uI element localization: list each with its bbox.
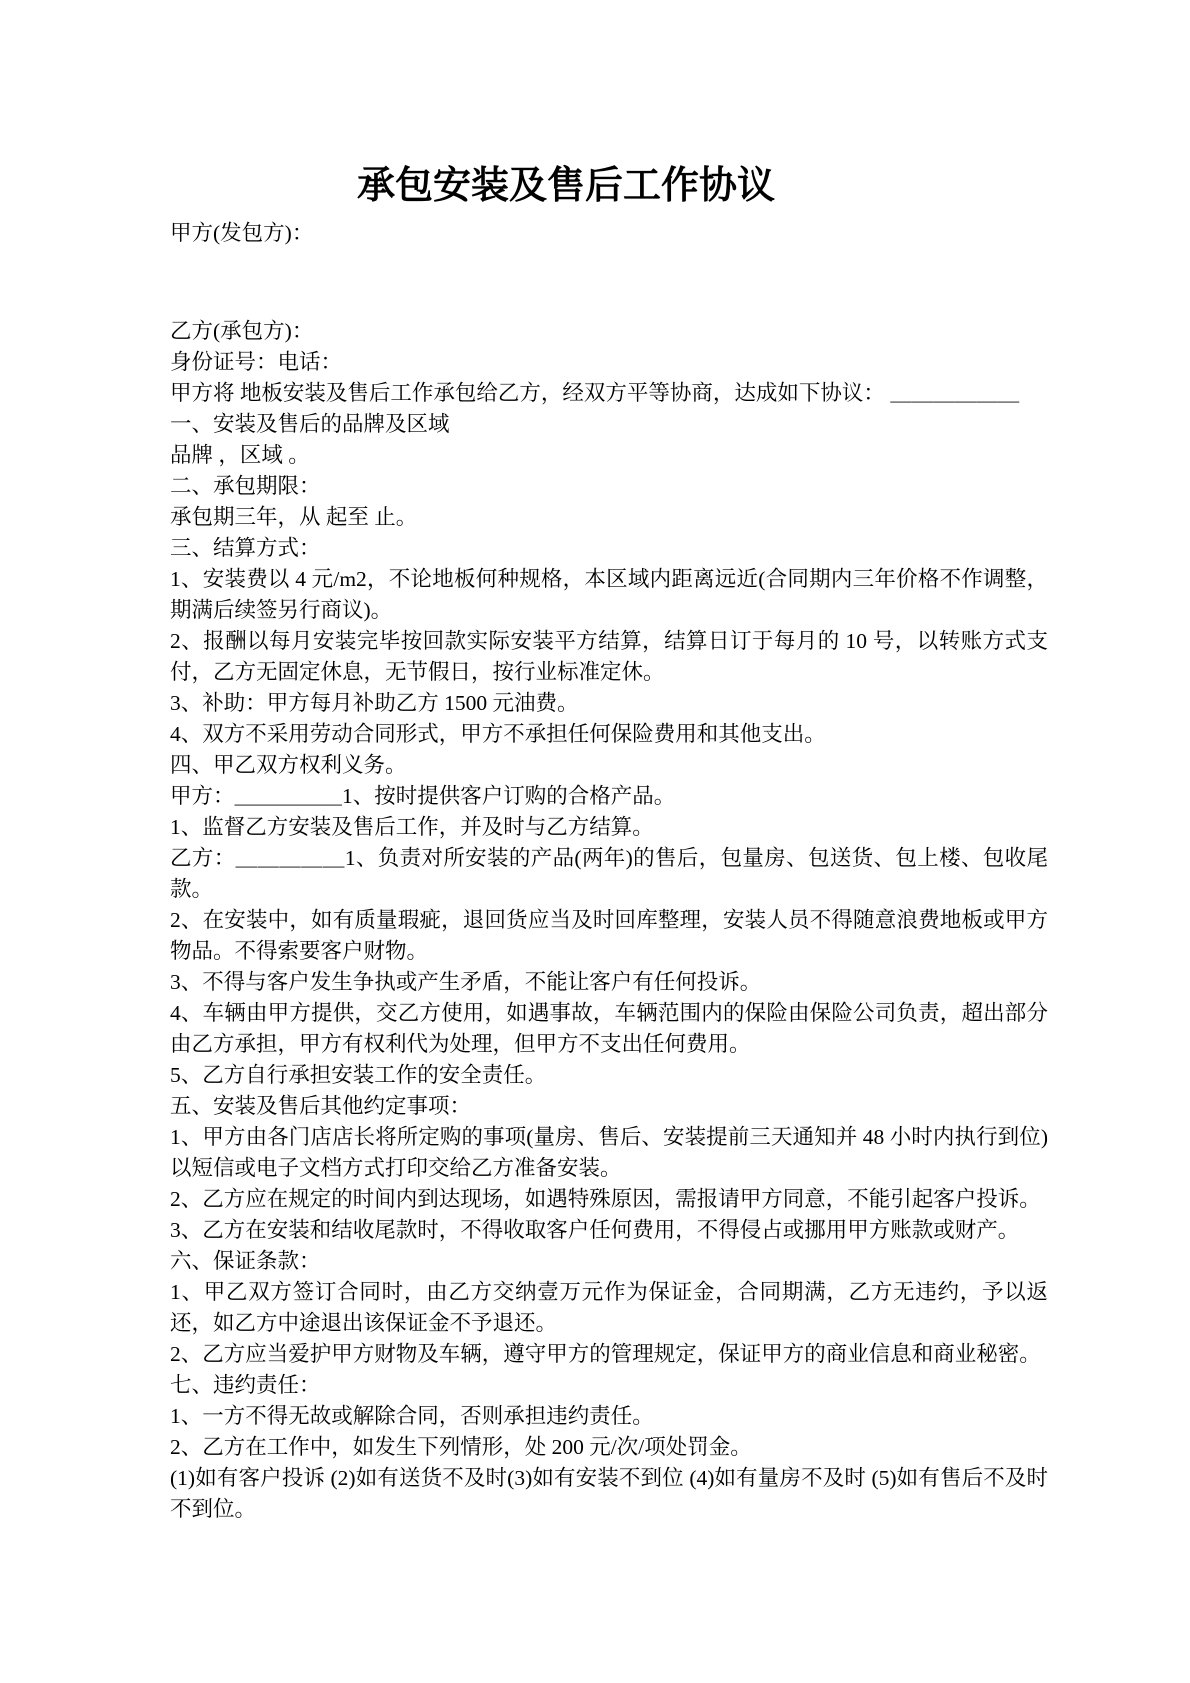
brand-region-line: 品牌 ，区域 。: [170, 440, 1048, 471]
party-b-line: 乙方(承包方)：: [170, 316, 1048, 347]
clause-7-2: 2、乙方在工作中，如发生下列情形，处 200 元/次/项处罚金。: [170, 1432, 1048, 1463]
clause-5-3: 3、乙方在安装和结收尾款时，不得收取客户任何费用，不得侵占或挪用甲方账款或财产。: [170, 1215, 1048, 1246]
party-a-line: 甲方(发包方)：: [170, 218, 1048, 249]
id-phone-line: 身份证号：电话：: [170, 347, 1048, 378]
clause-3-3: 3、补助：甲方每月补助乙方 1500 元油费。: [170, 688, 1048, 719]
party-a-obligation-2: 1、监督乙方安装及售后工作，并及时与乙方结算。: [170, 812, 1048, 843]
document-title: 承包安装及售后工作协议: [170, 160, 1048, 212]
section-3-heading: 三、结算方式：: [170, 533, 1048, 564]
section-7-heading: 七、违约责任：: [170, 1370, 1048, 1401]
party-b-obligation-5: 5、乙方自行承担安装工作的安全责任。: [170, 1060, 1048, 1091]
document-content: 承包安装及售后工作协议 甲方(发包方)： 乙方(承包方)： 身份证号：电话： 甲…: [170, 0, 1048, 1525]
clause-3-1: 1、安装费以 4 元/m2，不论地板何种规格，本区域内距离远近(合同期内三年价格…: [170, 564, 1048, 626]
clause-5-2: 2、乙方应在规定的时间内到达现场，如遇特殊原因，需报请甲方同意，不能引起客户投诉…: [170, 1184, 1048, 1215]
party-b-obligation-2: 2、在安装中，如有质量瑕疵，退回货应当及时回库整理，安装人员不得随意浪费地板或甲…: [170, 905, 1048, 967]
section-4-heading: 四、甲乙双方权利义务。: [170, 750, 1048, 781]
preamble-line: 甲方将 地板安装及售后工作承包给乙方，经双方平等协商，达成如下协议： ＿＿＿＿＿…: [170, 378, 1048, 409]
section-6-heading: 六、保证条款：: [170, 1246, 1048, 1277]
contract-term-line: 承包期三年，从 起至 止。: [170, 502, 1048, 533]
party-b-obligation-4: 4、车辆由甲方提供，交乙方使用，如遇事故，车辆范围内的保险由保险公司负责，超出部…: [170, 998, 1048, 1060]
section-2-heading: 二、承包期限：: [170, 471, 1048, 502]
party-a-obligation-1: 甲方：＿＿＿＿＿1、按时提供客户订购的合格产品。: [170, 781, 1048, 812]
section-5-heading: 五、安装及售后其他约定事项：: [170, 1091, 1048, 1122]
clause-6-1: 1、甲乙双方签订合同时，由乙方交纳壹万元作为保证金，合同期满，乙方无违约，予以返…: [170, 1277, 1048, 1339]
party-b-obligation-1: 乙方：＿＿＿＿＿1、负责对所安装的产品(两年)的售后，包量房、包送货、包上楼、包…: [170, 843, 1048, 905]
clause-3-2: 2、报酬以每月安装完毕按回款实际安装平方结算，结算日订于每月的 10 号，以转账…: [170, 626, 1048, 688]
clause-7-1: 1、一方不得无故或解除合同，否则承担违约责任。: [170, 1401, 1048, 1432]
clause-6-2: 2、乙方应当爱护甲方财物及车辆，遵守甲方的管理规定，保证甲方的商业信息和商业秘密…: [170, 1339, 1048, 1370]
penalty-cases-line: (1)如有客户投诉 (2)如有送货不及时(3)如有安装不到位 (4)如有量房不及…: [170, 1463, 1048, 1525]
clause-5-1: 1、甲方由各门店店长将所定购的事项(量房、售后、安装提前三天通知并 48 小时内…: [170, 1122, 1048, 1184]
section-1-heading: 一、安装及售后的品牌及区域: [170, 409, 1048, 440]
document-page: 承包安装及售后工作协议 甲方(发包方)： 乙方(承包方)： 身份证号：电话： 甲…: [0, 0, 1190, 1683]
party-b-obligation-3: 3、不得与客户发生争执或产生矛盾，不能让客户有任何投诉。: [170, 967, 1048, 998]
clause-3-4: 4、双方不采用劳动合同形式，甲方不承担任何保险费用和其他支出。: [170, 719, 1048, 750]
